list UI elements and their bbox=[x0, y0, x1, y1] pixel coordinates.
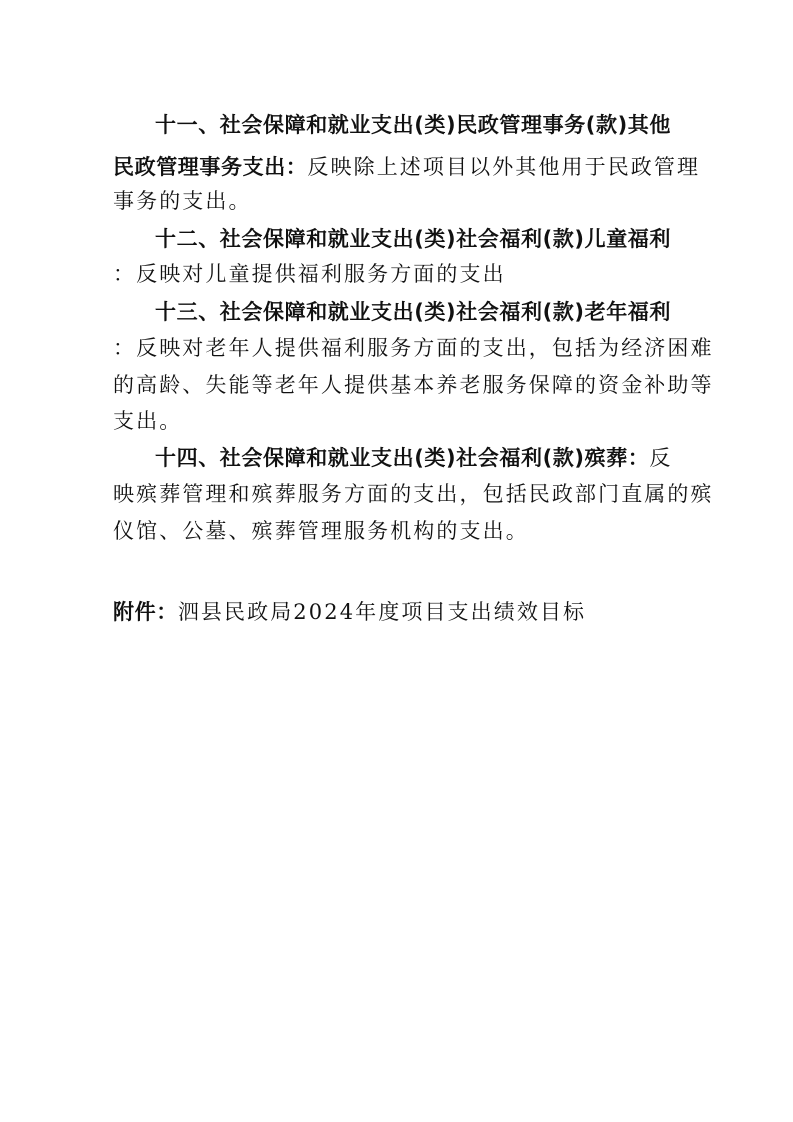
item-13-line-2: ：反映对老年人提供福利服务方面的支出，包括为经济困难 bbox=[113, 333, 714, 363]
item-11-line-3: 事务的支出。 bbox=[113, 186, 252, 216]
item-14-heading: 十四、社会保障和就业支出(类)社会福利(款)殡葬： bbox=[155, 446, 649, 470]
item-13-description-cont-1: 的高龄、失能等老年人提供基本养老服务保障的资金补助等 bbox=[113, 373, 714, 397]
item-14-description-start: 反 bbox=[649, 446, 672, 470]
attachment-title: 泗县民政局2024年度项目支出绩效目标 bbox=[178, 600, 586, 624]
item-14-description-cont: 仪馆、公墓、殡葬管理服务机构的支出。 bbox=[113, 519, 529, 543]
attachment-line: 附件：泗县民政局2024年度项目支出绩效目标 bbox=[113, 597, 586, 627]
item-11-line-1: 十一、社会保障和就业支出(类)民政管理事务(款)其他 bbox=[155, 110, 671, 140]
item-13-description-cont-2: 支出。 bbox=[113, 409, 182, 433]
item-14-description: 映殡葬管理和殡葬服务方面的支出，包括民政部门直属的殡 bbox=[113, 482, 714, 506]
item-11-description-cont: 事务的支出。 bbox=[113, 189, 252, 213]
item-13-heading: 十三、社会保障和就业支出(类)社会福利(款)老年福利 bbox=[155, 300, 671, 324]
item-11-heading: 十一、社会保障和就业支出(类)民政管理事务(款)其他 bbox=[155, 113, 671, 137]
item-11-line-2: 民政管理事务支出：反映除上述项目以外其他用于民政管理 bbox=[113, 152, 700, 182]
item-12-line-1: 十二、社会保障和就业支出(类)社会福利(款)儿童福利 bbox=[155, 224, 671, 254]
item-13-description: ：反映对老年人提供福利服务方面的支出，包括为经济困难 bbox=[113, 336, 714, 360]
item-12-heading: 十二、社会保障和就业支出(类)社会福利(款)儿童福利 bbox=[155, 227, 671, 251]
item-13-line-1: 十三、社会保障和就业支出(类)社会福利(款)老年福利 bbox=[155, 297, 671, 327]
item-13-line-4: 支出。 bbox=[113, 406, 182, 436]
item-14-line-3: 仪馆、公墓、殡葬管理服务机构的支出。 bbox=[113, 516, 529, 546]
item-11-heading-cont: 民政管理事务支出： bbox=[113, 155, 307, 179]
item-12-description: ：反映对儿童提供福利服务方面的支出 bbox=[113, 262, 506, 286]
item-12-line-2: ：反映对儿童提供福利服务方面的支出 bbox=[113, 259, 506, 289]
item-13-line-3: 的高龄、失能等老年人提供基本养老服务保障的资金补助等 bbox=[113, 370, 714, 400]
attachment-label: 附件： bbox=[113, 600, 178, 624]
document-page: 十一、社会保障和就业支出(类)民政管理事务(款)其他 民政管理事务支出：反映除上… bbox=[0, 0, 793, 1122]
item-14-line-1: 十四、社会保障和就业支出(类)社会福利(款)殡葬：反 bbox=[155, 443, 673, 473]
item-14-line-2: 映殡葬管理和殡葬服务方面的支出，包括民政部门直属的殡 bbox=[113, 479, 714, 509]
item-11-description: 反映除上述项目以外其他用于民政管理 bbox=[307, 155, 700, 179]
